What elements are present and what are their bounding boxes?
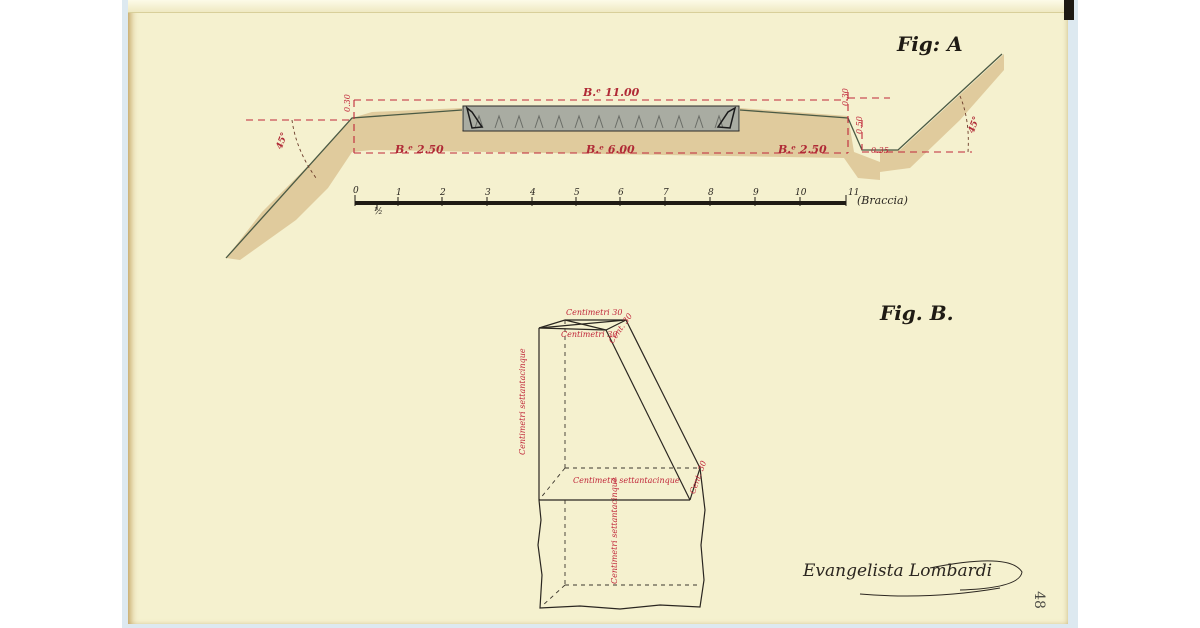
scale-tick-1: 1 [396, 188, 402, 198]
scale-tick-6: 6 [618, 188, 624, 198]
fig-b-left-height-label: Centimetri settantacinque [518, 348, 527, 455]
scale-tick-4: 4 [530, 188, 536, 198]
signature: Evangelista Lombardi [803, 561, 992, 581]
right-embankment-wash [880, 54, 1004, 172]
ditch-bottom-label: 0.35 [871, 146, 889, 155]
dim-carriageway: B.ᵉ 6.00 [586, 143, 635, 156]
fig-a-title: Fig: A [897, 32, 963, 56]
dim-total-width: B.ᵉ 11.00 [583, 86, 639, 99]
scale-half-marker: ½ [374, 207, 383, 217]
fig-b-middle-label: Centimetri settantacinque [573, 476, 680, 485]
scale-tick-10: 10 [795, 188, 806, 198]
scale-tick-8: 8 [708, 188, 714, 198]
fig-b-top-label: Centimetri 30 [566, 308, 622, 317]
page-number: 48 [1031, 591, 1047, 609]
scale-tick-0: 0 [353, 186, 359, 196]
gravel-carriageway [463, 106, 739, 131]
scale-bar [355, 201, 846, 205]
scale-tick-3: 3 [485, 188, 491, 198]
scale-tick-2: 2 [440, 188, 446, 198]
scale-unit: (Braccia) [857, 194, 908, 207]
scale-tick-5: 5 [574, 188, 580, 198]
scale-tick-7: 7 [663, 188, 669, 198]
right-height-label: 0.30 [841, 88, 850, 106]
dim-left-shoulder: B.ᵉ 2.50 [395, 143, 444, 156]
ditch-depth-label: 0.50 [855, 116, 864, 134]
dim-right-shoulder: B.ᵉ 2.50 [778, 143, 827, 156]
fig-b-title: Fig. B. [880, 301, 954, 325]
fig-b-lower-height-label: Centimetri settantacinque [610, 477, 619, 584]
scale-tick-9: 9 [753, 188, 759, 198]
left-height-label: 0.30 [343, 94, 352, 112]
